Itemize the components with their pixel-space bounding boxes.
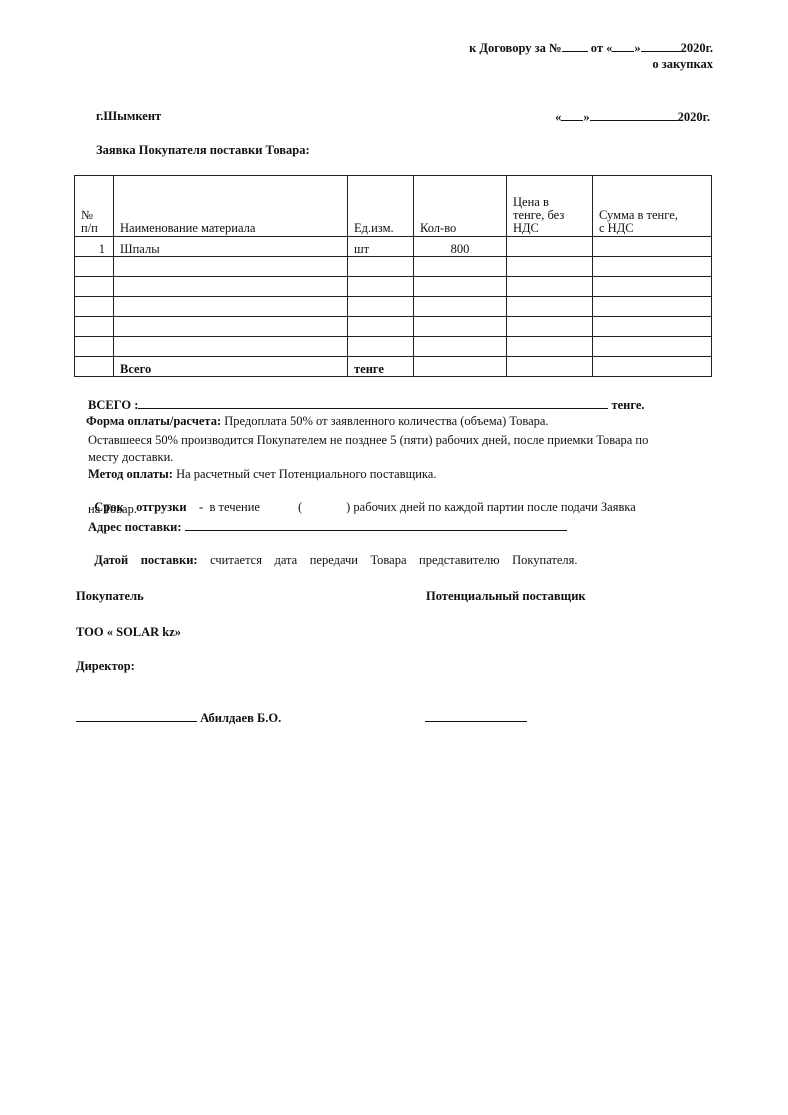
cell-number[interactable] xyxy=(75,317,114,337)
supplier-signature-blank[interactable] xyxy=(425,710,527,722)
cell-quantity[interactable] xyxy=(414,337,507,357)
delivery-date-text: считается дата передачи Товара представи… xyxy=(210,553,577,567)
cell-total-sum[interactable] xyxy=(593,357,712,377)
cell-material-name[interactable] xyxy=(114,317,348,337)
cell-sum[interactable] xyxy=(593,237,712,257)
payment-method-label: Метод оплаты: xyxy=(88,467,173,481)
col-header-quantity: Кол-во xyxy=(414,176,507,237)
remaining-payment-line1: Оставшееся 50% производится Покупателем … xyxy=(88,433,648,448)
buyer-company: ТОО « SOLAR kz» xyxy=(76,625,181,640)
cell-number[interactable] xyxy=(75,277,114,297)
supplier-label: Потенциальный поставщик xyxy=(426,589,586,604)
cell-total-price[interactable] xyxy=(507,357,593,377)
cell-quantity[interactable] xyxy=(414,277,507,297)
cell-material-name[interactable] xyxy=(114,337,348,357)
buyer-signature-line: Абилдаев Б.О. xyxy=(76,710,281,726)
delivery-address-line: Адрес поставки: xyxy=(88,519,567,535)
table-row xyxy=(75,257,712,277)
contract-reference-line2: о закупках xyxy=(652,57,713,72)
cell-material-name[interactable] xyxy=(114,277,348,297)
date-month-blank[interactable] xyxy=(590,109,678,121)
cell-number[interactable] xyxy=(75,297,114,317)
cell-sum[interactable] xyxy=(593,337,712,357)
date-day-blank[interactable] xyxy=(561,109,583,121)
table-row xyxy=(75,317,712,337)
cell-price[interactable] xyxy=(507,237,593,257)
table-row xyxy=(75,277,712,297)
date-year: 2020г. xyxy=(678,110,710,124)
contract-ref-year: 2020г. xyxy=(681,41,713,55)
contract-number-blank[interactable] xyxy=(562,40,588,52)
document-date: «»2020г. xyxy=(555,109,710,125)
cell-price[interactable] xyxy=(507,277,593,297)
delivery-date-label: Датой поставки: xyxy=(94,553,197,567)
cell-material-name[interactable] xyxy=(114,297,348,317)
payment-method-line: Метод оплаты: На расчетный счет Потенциа… xyxy=(88,467,436,482)
cell-material-name[interactable]: Шпалы xyxy=(114,237,348,257)
cell-total-unit: тенге xyxy=(348,357,414,377)
cell-price[interactable] xyxy=(507,257,593,277)
col-header-unit: Ед.изм. xyxy=(348,176,414,237)
cell-quantity[interactable] xyxy=(414,317,507,337)
cell-price[interactable] xyxy=(507,337,593,357)
cell-total-label: Всего xyxy=(114,357,348,377)
cell-unit[interactable] xyxy=(348,297,414,317)
cell-number[interactable] xyxy=(75,337,114,357)
cell-unit[interactable] xyxy=(348,257,414,277)
contract-ref-prefix: к Договору за № xyxy=(469,41,562,55)
table-row xyxy=(75,297,712,317)
payment-form-label: Форма оплаты/расчета: xyxy=(86,414,221,428)
city: г.Шымкент xyxy=(96,109,161,124)
contract-reference: к Договору за № от «»2020г. xyxy=(469,40,713,56)
table-row: 1 Шпалы шт 800 xyxy=(75,237,712,257)
table-row xyxy=(75,337,712,357)
col-header-sum-with-vat: Сумма в тенге,с НДС xyxy=(593,176,712,237)
cell-unit[interactable] xyxy=(348,337,414,357)
payment-method-text: На расчетный счет Потенциального поставщ… xyxy=(173,467,437,481)
contract-day-blank[interactable] xyxy=(612,40,634,52)
director-label: Директор: xyxy=(76,659,135,674)
director-name: Абилдаев Б.О. xyxy=(200,711,281,725)
cell-number[interactable] xyxy=(75,257,114,277)
cell-unit[interactable] xyxy=(348,277,414,297)
cell-material-name[interactable] xyxy=(114,257,348,277)
cell-sum[interactable] xyxy=(593,317,712,337)
buyer-label: Покупатель xyxy=(76,589,144,604)
cell-quantity[interactable] xyxy=(414,257,507,277)
cell-total-number xyxy=(75,357,114,377)
cell-unit[interactable] xyxy=(348,317,414,337)
grand-total-blank[interactable] xyxy=(138,397,608,409)
delivery-address-label: Адрес поставки: xyxy=(88,520,182,534)
cell-quantity[interactable] xyxy=(414,297,507,317)
shipment-term-text-a: в течение xyxy=(209,500,260,514)
shipment-term-text-b: ) рабочих дней по каждой партии после по… xyxy=(346,500,636,514)
cell-sum[interactable] xyxy=(593,297,712,317)
shipment-paren-open: ( xyxy=(298,500,302,514)
supplier-signature-line xyxy=(425,710,527,726)
buyer-signature-blank[interactable] xyxy=(76,710,197,722)
items-table: №п/п Наименование материала Ед.изм. Кол-… xyxy=(74,175,712,377)
payment-form-text: Предоплата 50% от заявленного количества… xyxy=(221,414,548,428)
delivery-address-blank[interactable] xyxy=(185,519,567,531)
grand-total-label: ВСЕГО : xyxy=(88,398,138,412)
cell-number[interactable]: 1 xyxy=(75,237,114,257)
shipment-term-line: Срок отгрузки - в течение() рабочих дней… xyxy=(88,485,636,515)
grand-total-currency: тенге. xyxy=(611,398,644,412)
contract-ref-from: от « xyxy=(591,41,613,55)
col-header-number: №п/п xyxy=(75,176,114,237)
remaining-payment-line2: месту доставки. xyxy=(88,450,173,465)
cell-price[interactable] xyxy=(507,297,593,317)
cell-sum[interactable] xyxy=(593,257,712,277)
col-header-material-name: Наименование материала xyxy=(114,176,348,237)
shipment-term-line2: на Товар. xyxy=(88,502,137,517)
cell-sum[interactable] xyxy=(593,277,712,297)
delivery-date-line: Датой поставки: считается дата передачи … xyxy=(88,538,578,568)
payment-form-line: Форма оплаты/расчета: Предоплата 50% от … xyxy=(86,414,549,429)
table-total-row: Всего тенге xyxy=(75,357,712,377)
grand-total-line: ВСЕГО : тенге. xyxy=(88,397,645,413)
cell-price[interactable] xyxy=(507,317,593,337)
request-title: Заявка Покупателя поставки Товара: xyxy=(96,143,310,158)
contract-month-blank[interactable] xyxy=(641,40,681,52)
col-header-price-no-vat: Цена втенге, безНДС xyxy=(507,176,593,237)
cell-total-quantity[interactable] xyxy=(414,357,507,377)
table-header-row: №п/п Наименование материала Ед.изм. Кол-… xyxy=(75,176,712,237)
cell-quantity[interactable]: 800 xyxy=(414,237,507,257)
cell-unit[interactable]: шт xyxy=(348,237,414,257)
